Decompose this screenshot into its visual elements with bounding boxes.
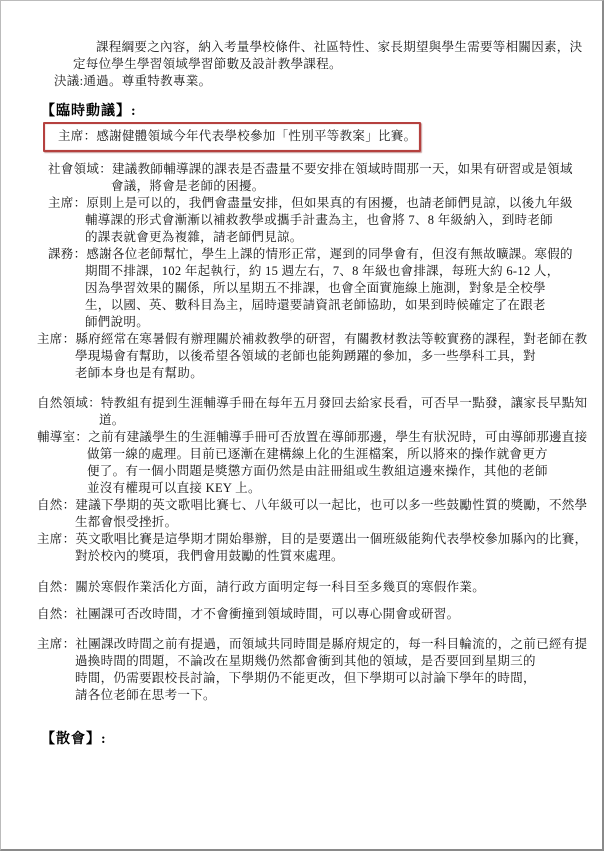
document-page: 課程綱要之內容，納入考量學校條件、社區特性、家長期望與學生需要等相關因素，決定每… <box>0 0 604 851</box>
text-line: 請各位老師在思考一下。 <box>75 687 602 704</box>
text-line: 老師本身也是有幫助。 <box>75 365 602 382</box>
speaker-line: 主席：英文歌唱比賽是這學期才開始舉辦，目的是要選出一個班級能夠代表學校參加縣內的… <box>37 531 602 548</box>
text-line: 輔導課的形式會漸漸以補救教學或攜手計畫為主，也會將 7、8 年級納入，到時老師 <box>85 212 602 229</box>
text-line: 對於校內的獎項，我們會用鼓勵的性質來處理。 <box>75 548 602 565</box>
text-line: 定每位學生學習領域學習節數及設計教學課程。 <box>73 56 602 73</box>
text-line: 學現場會有幫助，以後希望各領域的老師也能夠踴躍的參加，多一些學科工具，對 <box>75 348 602 365</box>
text-line: 期間不排課，102 年起執行，約 15 週左右，7、8 年級也會排課，每班大約 … <box>85 263 602 280</box>
speaker-line: 自然：建議下學期的英文歌唱比賽七、八年級可以一起比，也可以多一些鼓勵性質的獎勵，… <box>37 497 602 514</box>
speaker-line: 自然：關於寒假作業活化方面，請行政方面明定每一科目至多幾頁的寒假作業。 <box>37 579 602 596</box>
text-line: 時間，仍需要跟校長討論，下學期仍不能更改，但下學期可以討論下學年的時間， <box>75 670 602 687</box>
section-heading-interim-motions: 【臨時動議】: <box>41 102 602 122</box>
text-line: 並沒有權現可以直接 KEY 上。 <box>87 480 602 497</box>
text-line: 生都會恨受挫折。 <box>75 514 602 531</box>
speaker-line: 社會領域：建議教師輔導課的課表是否盡量不要安排在領域時間那一天，如果有研習或是領… <box>48 161 602 178</box>
text-line: 師們說明。 <box>85 314 602 331</box>
document-body: 課程綱要之內容，納入考量學校條件、社區特性、家長期望與學生需要等相關因素，決定每… <box>1 1 602 750</box>
text-line: 道。 <box>99 412 602 429</box>
resolution-line: 決議:通過。尊重特教專業。 <box>54 73 602 90</box>
speaker-line: 主席：社團課改時間之前有提過，而領域共同時間是縣府規定的，每一科目輪流的，之前已… <box>37 636 602 653</box>
text-line: 會議，將會是老師的困擾。 <box>111 178 602 195</box>
text-line: 過換時間的問題，不論改在星期幾仍然都會衝到其他的領域，是否要回到星期三的 <box>75 653 602 670</box>
text-line: 因為學習效果的關係，所以星期五不排課，也會全面實施線上施測，對象是全校學 <box>85 280 602 297</box>
speaker-line: 主席：原則上是可以的，我們會盡量安排，但如果真的有困擾，也請老師們見諒，以後九年… <box>48 195 602 212</box>
text-line: 的課表就會更為複雜，請老師們見諒。 <box>85 229 602 246</box>
text-line: 生，以國、英、數科目為主，屆時還要請資訊老師協助，如果到時候確定了在跟老 <box>85 297 602 314</box>
text-line: 便了。有一個小問題是獎懲方面仍然是由註冊組或生教組這邊來操作，其他的老師 <box>87 463 602 480</box>
speaker-line: 自然領域：特教組有提到生涯輔導手冊在每年五月發回去給家長看，可否早一點發，讓家長… <box>37 395 602 412</box>
section-heading-adjournment: 【散會】: <box>41 730 602 750</box>
highlighted-motion-box: 主席：感謝健體領域今年代表學校參加「性別平等教案」比賽。 <box>43 122 421 152</box>
speaker-line: 自然：社團課可否改時間，才不會衝撞到領域時間，可以專心開會或研習。 <box>37 606 602 623</box>
text-line: 做第一線的處理。目前已逐漸在建構線上化的生涯檔案，所以將來的操作就會更方 <box>87 446 602 463</box>
speaker-line: 輔導室：之前有建議學生的生涯輔導手冊可否放置在導師那邊，學生有狀況時，可由導師那… <box>37 429 602 446</box>
speaker-line: 主席：縣府經常在寒暑假有辦理關於補救教學的研習，有關教材教法等較實務的課程，對老… <box>37 331 602 348</box>
text-line: 課程綱要之內容，納入考量學校條件、社區特性、家長期望與學生需要等相關因素，決 <box>96 39 602 56</box>
speaker-line: 課務：感謝各位老師幫忙，學生上課的情形正常，遲到的同學會有，但沒有無故曠課。寒假… <box>48 246 602 263</box>
